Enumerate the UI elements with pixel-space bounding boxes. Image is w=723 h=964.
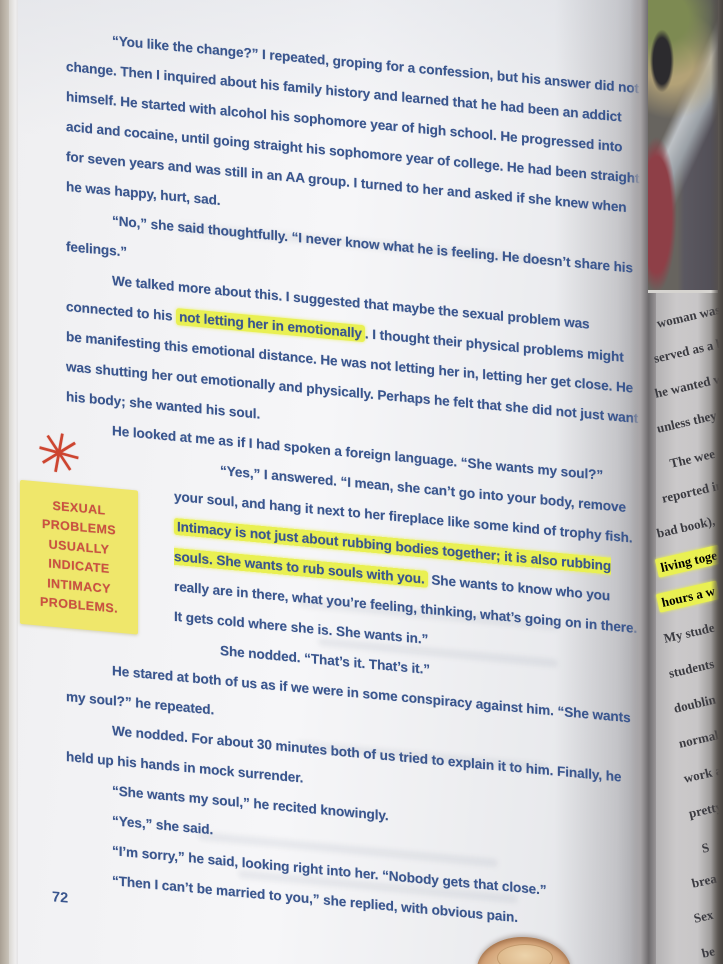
page-number: 72 [52, 889, 68, 906]
text-segment: “You like the change?” I repeated, gropi… [66, 33, 639, 215]
page-curl-shadow [711, 0, 723, 964]
margin-note-box: SEXUAL PROBLEMS USUALLY INDICATE INTIMAC… [20, 480, 138, 635]
text-segment: “Yes,” she said. [112, 813, 213, 837]
asterisk-icon: ✳ [32, 422, 86, 486]
book-cover-edge [0, 0, 9, 964]
left-page: “You like the change?” I repeated, gropi… [18, 0, 642, 964]
margin-note: ✳ SEXUAL PROBLEMS USUALLY INDICATE INTIM… [20, 434, 138, 635]
page-stack-edge [9, 0, 18, 964]
next-page-photo [648, 0, 718, 293]
photo-frame: { "colors": { "text_blue": "#3a568e", "h… [0, 0, 723, 964]
highlighted-text: not letting her in emotionally [176, 308, 365, 342]
thumb-nail [497, 944, 553, 964]
body-text: “You like the change?” I repeated, gropi… [66, 22, 640, 944]
photographed-book-spread: { "colors": { "text_blue": "#3a568e", "h… [0, 0, 723, 964]
text-segment: . I thought their physical problems migh… [66, 326, 638, 426]
